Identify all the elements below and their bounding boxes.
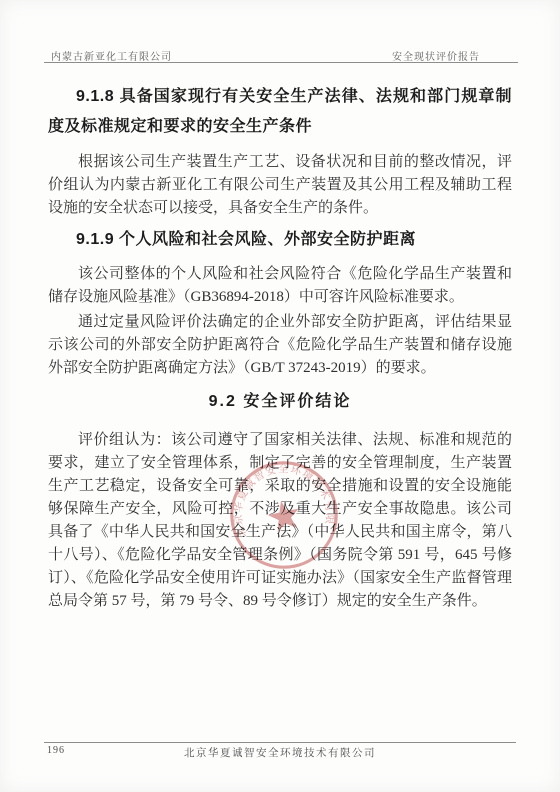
footer-rule (44, 742, 516, 743)
paragraph-evaluation-conclusion: 评价组认为：该公司遵守了国家相关法律、法规、标准和规范的要求，建立了安全管理体系… (48, 429, 512, 613)
report-page: 内蒙古新亚化工有限公司 安全现状评价报告 9.1.8 具备国家现行有关安全生产法… (0, 0, 560, 792)
footer-company-name: 北京华夏诚智安全环境技术有限公司 (48, 745, 512, 760)
paragraph-rectification-status: 根据该公司生产装置生产工艺、设备状况和目前的整改情况，评价组认为内蒙古新亚化工有… (48, 151, 512, 220)
header-rule (44, 62, 518, 63)
paragraph-external-safety-distance: 通过定量风险评价法确定的企业外部安全防护距离，评估结果显示该公司的外部安全防护距… (48, 311, 512, 380)
header-report-title: 安全现状评价报告 (392, 48, 480, 63)
heading-9-1-9: 9.1.9 个人风险和社会风险、外部安全防护距离 (48, 228, 512, 252)
heading-9-1-8: 9.1.8 具备国家现行有关安全生产法律、法规和部门规章制度及标准规定和要求的安… (48, 82, 512, 142)
paragraph-individual-social-risk: 该公司整体的个人风险和社会风险符合《危险化学品生产装置和储存设施风险基准》（GB… (48, 263, 512, 309)
header-company-name: 内蒙古新亚化工有限公司 (51, 48, 172, 63)
document-body: 9.1.8 具备国家现行有关安全生产法律、法规和部门规章制度及标准规定和要求的安… (48, 78, 512, 613)
heading-9-2: 9.2 安全评价结论 (48, 390, 512, 414)
page-header: 内蒙古新亚化工有限公司 安全现状评价报告 (45, 44, 518, 64)
